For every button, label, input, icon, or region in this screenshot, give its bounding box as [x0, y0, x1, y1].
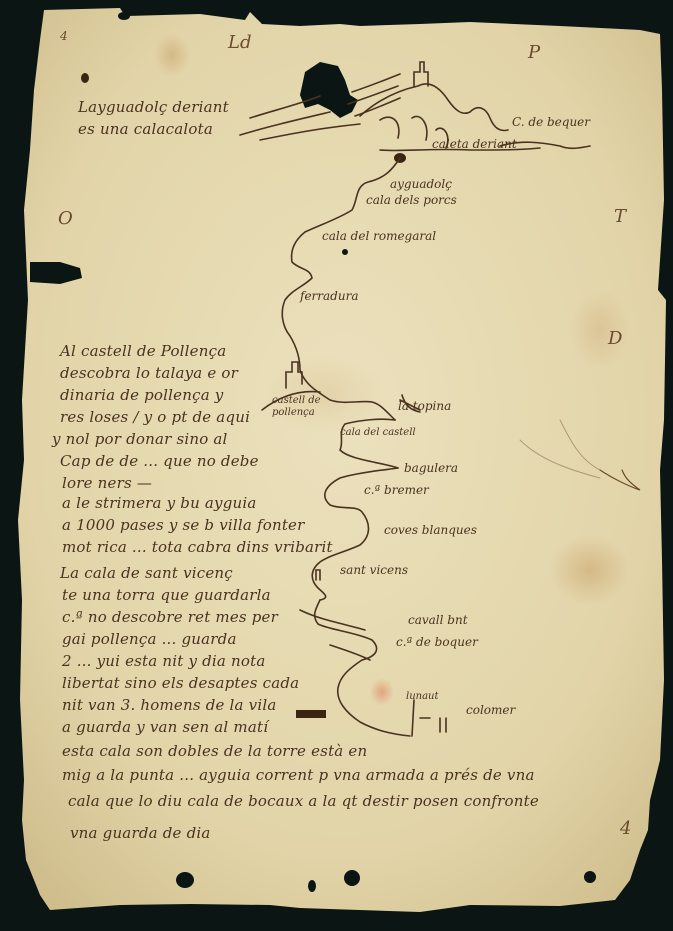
main-text-line-19: esta cala son dobles de la torre està en: [62, 744, 367, 759]
main-text-line-10: mot rica ... tota cabra dins vribarit: [62, 540, 333, 555]
margin-mark-right-upper: T: [614, 208, 626, 226]
main-text-line-21: cala que lo diu cala de bocaux a la qt d…: [68, 794, 539, 809]
main-text-line-22: vna guarda de dia: [70, 826, 211, 841]
label-cala-del-romegaral: cala del romegaral: [322, 230, 436, 242]
main-text-line-13: c.ª no descobre ret mes per: [62, 610, 278, 625]
top-note-line-2: es una calacalota: [78, 122, 213, 137]
main-text-line-20: mig a la punta ... ayguia corrent p vna …: [62, 768, 535, 783]
label-ayguadolc: ayguadolç: [390, 178, 452, 190]
main-text-line-9: a 1000 pases y se b villa fonter: [62, 518, 305, 533]
label-cap-bremer: c.ª bremer: [364, 484, 429, 496]
label-bagulera: bagulera: [404, 462, 458, 474]
main-text-line-12: te una torra que guardarla: [62, 588, 271, 603]
main-text-line-18: a guarda y van sen al matí: [62, 720, 268, 735]
margin-mark-top-center: Ld: [228, 34, 251, 52]
margin-mark-right-middle: D: [608, 330, 622, 348]
margin-mark-left: O: [58, 210, 73, 228]
label-pollenca: pollença: [272, 408, 315, 418]
label-cavall-bernat: cavall bnt: [408, 614, 468, 626]
main-text-line-3: dinaria de pollença y: [60, 388, 223, 403]
margin-mark-top-right: P: [528, 44, 540, 62]
label-coves-blanques: coves blanques: [384, 524, 477, 536]
label-ferradura: ferradura: [300, 290, 358, 302]
main-text-line-14: gai pollença ... guarda: [62, 632, 237, 647]
main-text-line-15: 2 ... yui esta nit y dia nota: [62, 654, 265, 669]
label-sant-vicens: sant vicens: [340, 564, 408, 576]
main-text-line-4: res loses / y o pt de aqui: [60, 410, 250, 425]
label-cala-dels-porcs: cala dels porcs: [366, 194, 457, 206]
top-note-line-1: Layguadolç deriant: [78, 100, 229, 115]
main-text-line-7: lore ners —: [62, 476, 152, 491]
main-text-line-11: La cala de sant vicenç: [60, 566, 233, 581]
label-cala-del-castell: cala del castell: [340, 428, 416, 438]
label-colomer: colomer: [466, 704, 515, 716]
main-text-line-8: a le strimera y bu ayguia: [62, 496, 257, 511]
label-lunaut: lunaut: [406, 692, 439, 702]
main-text-line-17: nit van 3. homens de la vila: [62, 698, 276, 713]
label-cap-de-boquer: c.ª de boquer: [396, 636, 478, 648]
main-text-line-16: libertat sino els desaptes cada: [62, 676, 299, 691]
main-text-line-6: Cap de de ... que no debe: [60, 454, 259, 469]
label-caleta-deriant: caleta deriant: [432, 138, 517, 150]
manuscript-page: 4 Ld P O T D 4 Layguadolç deriant es una…: [0, 0, 673, 931]
main-text-line-5: y nol por donar sino al: [52, 432, 228, 447]
label-cap-de-bequer: C. de bequer: [512, 116, 590, 128]
main-text-line-1: Al castell de Pollença: [60, 344, 226, 359]
margin-mark-right-lower: 4: [620, 820, 631, 838]
label-la-topina: la topina: [398, 400, 451, 412]
margin-mark-top-left: 4: [60, 30, 68, 42]
label-castell-de: castell de: [272, 396, 321, 406]
main-text-line-2: descobra lo talaya e or: [60, 366, 238, 381]
